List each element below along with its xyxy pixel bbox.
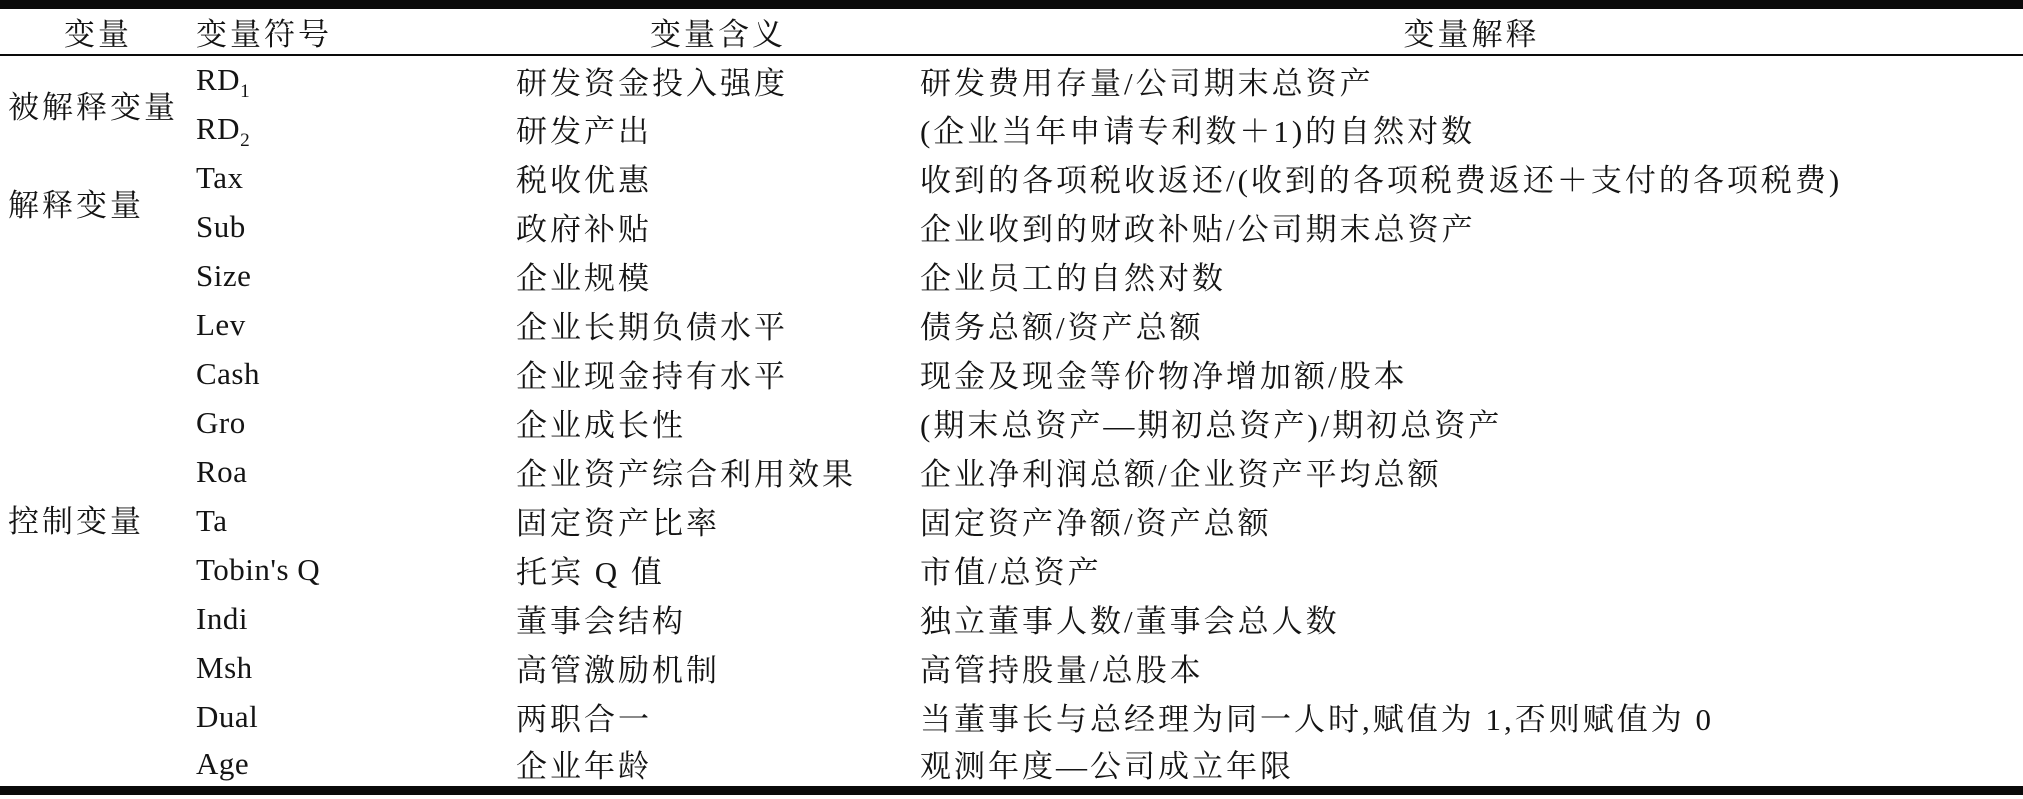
group-label: 被解释变量 [0, 55, 196, 153]
table-row: Roa企业资产综合利用效果企业净利润总额/企业资产平均总额 [0, 447, 2023, 496]
table: 变量 变量符号 变量含义 变量解释 被解释变量RD1研发资金投入强度研发费用存量… [0, 0, 2023, 795]
variable-symbol: Tobin's Q [196, 552, 320, 587]
variable-symbol-cell: Cash [196, 349, 516, 398]
table-row: Tobin's Q托宾 Q 值市值/总资产 [0, 545, 2023, 594]
table-row: 解释变量Tax税收优惠收到的各项税收返还/(收到的各项税费返还＋支付的各项税费) [0, 153, 2023, 202]
variable-meaning-cell: 研发产出 [516, 104, 920, 153]
header-variable: 变量 [0, 5, 196, 56]
variable-symbol: Cash [196, 356, 260, 391]
variable-symbol-cell: Lev [196, 300, 516, 349]
group-label: 解释变量 [0, 153, 196, 251]
variable-symbol-cell: RD2 [196, 104, 516, 153]
variable-explanation-cell: 固定资产净额/资产总额 [920, 496, 2023, 545]
table-row: Cash企业现金持有水平现金及现金等价物净增加额/股本 [0, 349, 2023, 398]
table-row: Sub政府补贴企业收到的财政补贴/公司期末总资产 [0, 202, 2023, 251]
table-row: RD2研发产出(企业当年申请专利数＋1)的自然对数 [0, 104, 2023, 153]
header-row: 变量 变量符号 变量含义 变量解释 [0, 5, 2023, 56]
variable-symbol-cell: Roa [196, 447, 516, 496]
header-explanation: 变量解释 [920, 5, 2023, 56]
table-row: Indi董事会结构独立董事人数/董事会总人数 [0, 594, 2023, 643]
variable-meaning-cell: 企业资产综合利用效果 [516, 447, 920, 496]
variable-symbol-cell: Indi [196, 594, 516, 643]
variable-meaning-cell: 税收优惠 [516, 153, 920, 202]
variable-symbol: Dual [196, 699, 258, 734]
table-body: 被解释变量RD1研发资金投入强度研发费用存量/公司期末总资产RD2研发产出(企业… [0, 55, 2023, 791]
variable-symbol: Msh [196, 650, 253, 685]
variable-symbol: Sub [196, 209, 246, 244]
table-row: 被解释变量RD1研发资金投入强度研发费用存量/公司期末总资产 [0, 55, 2023, 104]
variable-symbol-cell: Msh [196, 643, 516, 692]
variable-meaning-cell: 企业现金持有水平 [516, 349, 920, 398]
variable-symbol-cell: Gro [196, 398, 516, 447]
variable-meaning-cell: 企业规模 [516, 251, 920, 300]
variable-symbol: Gro [196, 405, 246, 440]
variable-symbol-cell: Tobin's Q [196, 545, 516, 594]
variable-symbol: Tax [196, 160, 244, 195]
variable-symbol: Lev [196, 307, 246, 342]
variable-symbol-cell: Size [196, 251, 516, 300]
table-row: Gro企业成长性(期末总资产—期初总资产)/期初总资产 [0, 398, 2023, 447]
variable-meaning-cell: 高管激励机制 [516, 643, 920, 692]
variable-explanation-cell: 研发费用存量/公司期末总资产 [920, 55, 2023, 104]
variable-explanation-cell: 独立董事人数/董事会总人数 [920, 594, 2023, 643]
table-row: Dual两职合一当董事长与总经理为同一人时,赋值为 1,否则赋值为 0 [0, 692, 2023, 741]
group-label: 控制变量 [0, 251, 196, 791]
variable-symbol: Age [196, 746, 249, 781]
variable-meaning-cell: 政府补贴 [516, 202, 920, 251]
variable-symbol: RD [196, 62, 240, 97]
variable-symbol-cell: Ta [196, 496, 516, 545]
table-header: 变量 变量符号 变量含义 变量解释 [0, 5, 2023, 56]
header-symbol: 变量符号 [196, 5, 516, 56]
variable-symbol: Roa [196, 454, 247, 489]
variable-symbol-subscript: 2 [240, 130, 250, 151]
variable-explanation-cell: 当董事长与总经理为同一人时,赋值为 1,否则赋值为 0 [920, 692, 2023, 741]
variable-symbol-subscript: 1 [240, 81, 250, 102]
variable-meaning-cell: 固定资产比率 [516, 496, 920, 545]
variable-symbol-cell: Sub [196, 202, 516, 251]
variable-symbol: RD [196, 111, 240, 146]
table-row: Ta固定资产比率固定资产净额/资产总额 [0, 496, 2023, 545]
variable-explanation-cell: 高管持股量/总股本 [920, 643, 2023, 692]
variable-explanation-cell: 企业员工的自然对数 [920, 251, 2023, 300]
variable-symbol: Ta [196, 503, 228, 538]
variable-explanation-cell: 观测年度—公司成立年限 [920, 741, 2023, 791]
variable-explanation-cell: 企业收到的财政补贴/公司期末总资产 [920, 202, 2023, 251]
variable-definition-table: 变量 变量符号 变量含义 变量解释 被解释变量RD1研发资金投入强度研发费用存量… [0, 0, 2023, 799]
variable-symbol: Size [196, 258, 251, 293]
table-row: Msh高管激励机制高管持股量/总股本 [0, 643, 2023, 692]
variable-explanation-cell: 市值/总资产 [920, 545, 2023, 594]
table-row: Age企业年龄观测年度—公司成立年限 [0, 741, 2023, 791]
variable-meaning-cell: 企业年龄 [516, 741, 920, 791]
header-meaning: 变量含义 [516, 5, 920, 56]
variable-explanation-cell: (企业当年申请专利数＋1)的自然对数 [920, 104, 2023, 153]
variable-symbol-cell: Tax [196, 153, 516, 202]
variable-symbol: Indi [196, 601, 248, 636]
variable-meaning-cell: 研发资金投入强度 [516, 55, 920, 104]
variable-symbol-cell: Age [196, 741, 516, 791]
variable-meaning-cell: 两职合一 [516, 692, 920, 741]
variable-symbol-cell: Dual [196, 692, 516, 741]
variable-explanation-cell: 企业净利润总额/企业资产平均总额 [920, 447, 2023, 496]
variable-meaning-cell: 企业长期负债水平 [516, 300, 920, 349]
variable-meaning-cell: 董事会结构 [516, 594, 920, 643]
table-row: 控制变量Size企业规模企业员工的自然对数 [0, 251, 2023, 300]
table-row: Lev企业长期负债水平债务总额/资产总额 [0, 300, 2023, 349]
variable-explanation-cell: 现金及现金等价物净增加额/股本 [920, 349, 2023, 398]
variable-explanation-cell: 债务总额/资产总额 [920, 300, 2023, 349]
variable-meaning-cell: 企业成长性 [516, 398, 920, 447]
variable-meaning-cell: 托宾 Q 值 [516, 545, 920, 594]
variable-explanation-cell: (期末总资产—期初总资产)/期初总资产 [920, 398, 2023, 447]
variable-explanation-cell: 收到的各项税收返还/(收到的各项税费返还＋支付的各项税费) [920, 153, 2023, 202]
variable-symbol-cell: RD1 [196, 55, 516, 104]
